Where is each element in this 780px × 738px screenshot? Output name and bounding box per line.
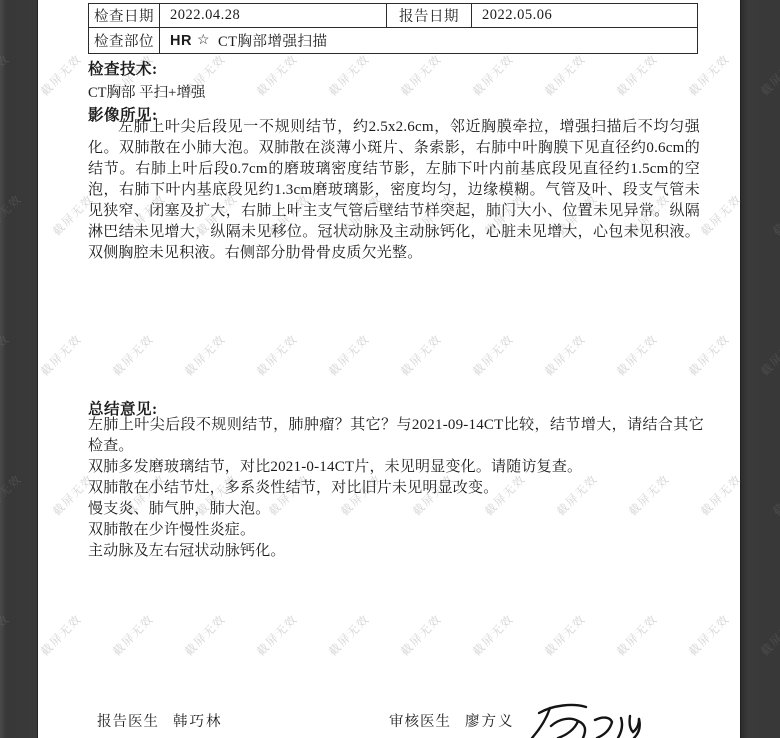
review-doctor-label: 审核医生 [389,714,451,730]
report-date-label: 报告日期 [386,4,471,27]
exam-site-code: HR [170,33,192,49]
exam-site-value: HR ☆ CT胸部增强扫描 [159,27,697,53]
screenshot-background-left [0,0,38,738]
report-doctor-label: 报告医生 [97,714,159,730]
exam-site-text: CT胸部增强扫描 [218,30,328,51]
exam-date-label: 检查日期 [89,4,159,27]
technique-text: CT胸部 平扫+增强 [88,81,205,102]
report-doctor: 报告医生韩巧林 [97,710,223,731]
exam-date-value: 2022.04.28 [159,4,386,27]
technique-heading: 检查技术: [88,57,158,79]
summary-line: 双肺多发磨玻璃结节，对比2021-0-14CT片，未见明显变化。请随访复查。 [88,457,704,478]
summary-line: 双肺散在小结节灶，多系炎性结节，对比旧片未见明显改变。 [88,478,704,499]
review-doctor-name: 廖方义 [465,714,515,730]
findings-text: 左肺上叶尖后段见一不规则结节，约2.5x2.6cm，邻近胸膜牵拉，增强扫描后不均… [88,117,700,264]
report-doctor-name: 韩巧林 [173,714,223,730]
signature-scrawl [529,696,664,738]
summary-line: 主动脉及左右冠状动脉钙化。 [88,541,704,562]
exam-site-label: 检查部位 [89,27,159,53]
summary-line: 慢支炎、肺气肿，肺大泡。 [88,499,704,520]
summary-line: 左肺上叶尖后段不规则结节，肺肿瘤？其它？与2021-09-14CT比较，结节增大… [88,415,704,457]
exam-info-table: 检查日期 2022.04.28 报告日期 2022.05.06 检查部位 HR … [88,3,698,54]
report-date-value: 2022.05.06 [471,4,697,27]
report-screenshot: { "watermark_text": "截屏无效", "exam_table"… [0,0,780,738]
screenshot-background-right [740,0,780,738]
star-icon: ☆ [197,32,210,49]
review-doctor: 审核医生廖方义 [389,710,515,731]
summary-line: 双肺散在少许慢性炎症。 [88,520,704,541]
summary-list: 左肺上叶尖后段不规则结节，肺肿瘤？其它？与2021-09-14CT比较，结节增大… [88,415,704,562]
ct-report-page: 检查日期 2022.04.28 报告日期 2022.05.06 检查部位 HR … [37,0,740,738]
